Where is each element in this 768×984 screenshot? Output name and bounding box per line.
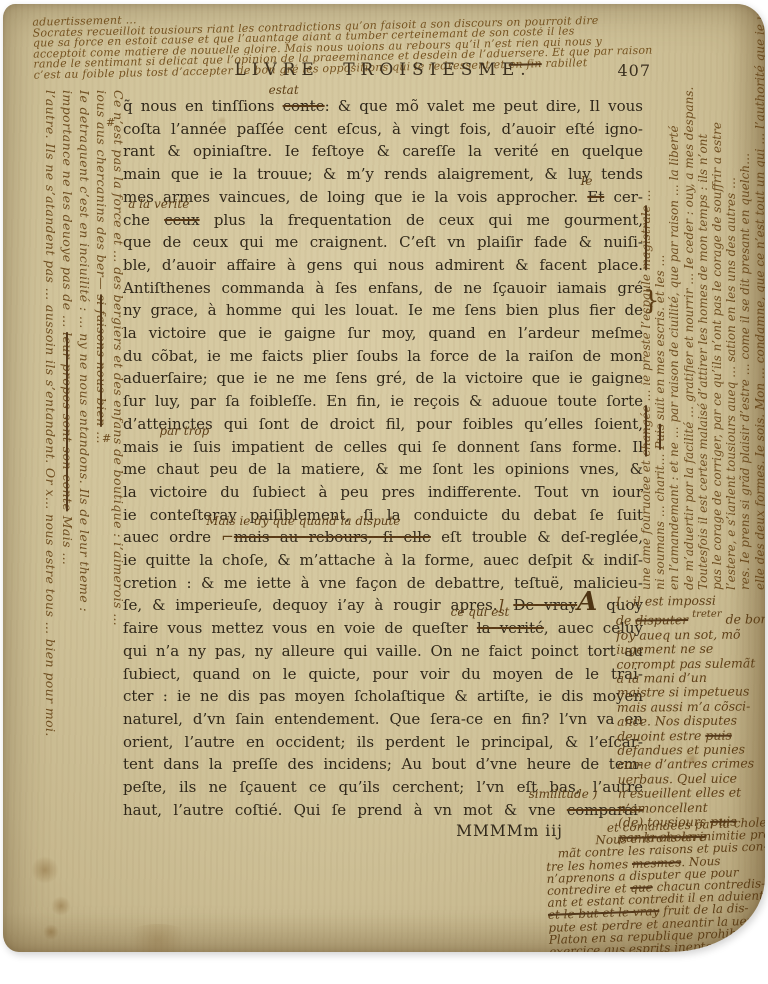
text-segment: Ie detraquent c’est en inciuilité : … ny… (77, 90, 92, 612)
printed-line: du cõbat, ie me faicts plier ſoubs la fo… (123, 345, 643, 368)
right-note-line: mais aussi m’a cõsci- (617, 699, 765, 715)
insertion-caret-mark: # (106, 116, 115, 129)
book-title: LIVRE TROISIESME. (123, 60, 643, 80)
text-segment: en l’amandemant : et ne … par raison de … (667, 125, 681, 590)
text-segment: l’autre. Ils ne s’atandent pas … aussoin… (43, 90, 58, 737)
text-segment: : & que mõ valet me peut dire, Il vous (325, 97, 643, 115)
right-note-line: come d’antres crimes (617, 757, 765, 773)
text-segment: de bone (722, 612, 765, 628)
right-margin-vertical-line: l’estere, e s’iarlent tousiours aueq … s… (724, 8, 738, 590)
struck-text: leur propos sont son conte (60, 332, 75, 511)
right-margin-vertical-line: res. Ie prens si grãd plaisir d’estre … … (738, 8, 752, 590)
text-segment: qui n’a ny pas, ny alleure qui vaille. O… (123, 642, 643, 660)
right-note-line: de disputer treter de bone (616, 608, 765, 629)
text-segment: come d’antres crimes (617, 757, 754, 773)
hand-correction-text: ⌐ (221, 528, 234, 546)
printed-line: che ceux plus la frequentation de ceux q… (123, 209, 643, 232)
right-margin-note: I : il est imposside disputer treter de … (616, 593, 765, 845)
printed-line: mes armes vaincues, de loing que ie la v… (123, 186, 643, 209)
right-margin-vertical-line: pas le corage de corriger, par ce qu’ils… (710, 8, 724, 590)
right-margin-vertical-line: elle des deux formes. Ie sois. Mon … con… (753, 8, 765, 590)
struck-text: Et (587, 188, 604, 206)
text-segment: n’amoncellent (618, 800, 708, 816)
struck-text: disputer (635, 612, 688, 628)
stain (31, 856, 59, 884)
margin-brace-mark: } (643, 286, 660, 316)
right-note-line: ance. Nos disputes (617, 713, 765, 729)
text-segment: ie conteſteray paiſiblement, ſi la condu… (123, 506, 643, 524)
left-margin-line: Ie detraquent c’est en inciuilité : … ny… (76, 90, 93, 846)
text-segment: res. Ie prens si grãd plaisir d’estre … … (738, 153, 752, 590)
text-segment: mais aussi m’a cõsci- (617, 699, 751, 715)
right-note-line: n’amoncellent (618, 800, 765, 816)
text-segment: Toutesfois il est certes malaisé d’attir… (696, 134, 710, 590)
text-segment: que de ceux qui me craignent. C’eſt vn p… (123, 233, 643, 251)
printed-line: main que ie la trouue; & m’y rends alaig… (123, 163, 643, 186)
text-segment: foy aueq un sot, mõ (616, 627, 741, 643)
printed-line: mais ie ſuis impatient de celles qui ſe … (123, 436, 643, 459)
printed-line: ſe, & imperieuſe, dequoy i’ay à rougir a… (123, 594, 643, 617)
printed-line: auec ordre ⌐mais au rebours, ſi elle eſt… (123, 526, 643, 549)
printed-line: que de ceux qui me craignent. C’eſt vn p… (123, 231, 643, 254)
text-segment: suit en mes escris. et les … (653, 255, 667, 424)
text-segment: une ame fouruoiee et (639, 457, 653, 591)
hand-correction-text: A (577, 587, 596, 617)
hand-correction-text: treter (692, 609, 722, 620)
right-note-line: maistre si impetueus (617, 685, 765, 701)
printed-line: haut, l’autre coſtié. Qui ſe prend à vn … (123, 799, 643, 822)
text-segment: ny grace, à homme qui les louat. Ie me ſ… (123, 301, 643, 319)
right-margin-vertical-line: de m’aduertir par la facilité … gratifie… (682, 8, 696, 590)
right-note-line: foy aueq un sot, mõ (616, 627, 765, 643)
text-segment: n’esueillent elles et (618, 785, 741, 801)
text-segment: eſt trouble & deſ-reglée, (431, 528, 643, 546)
bottom-right-annotation: et comandees par la cholere .Nous entron… (545, 816, 765, 952)
printed-line: peſte, ils ne ſçauent ce qu’ils cerchent… (123, 776, 643, 799)
printed-line: tent dans la preſſe des incidens; Au bou… (123, 753, 643, 776)
text-segment: main que ie la trouue; & m’y rends alaig… (123, 165, 643, 183)
struck-text: magistrale (639, 205, 653, 270)
struck-text: mais au rebours, ſi elle (234, 528, 431, 546)
printed-line: ſubiect, quand on le quicte, pour voir d… (123, 663, 643, 686)
right-note-line: uerbaus. Quel uice (618, 771, 765, 787)
right-note-line: corrompt pas sulemãt (616, 656, 765, 672)
manuscript-page-scan: aduertissement …Socrates recueilloit tou… (0, 0, 768, 984)
struck-text: De vray (513, 596, 577, 614)
text-segment: I : il est impossi (616, 593, 716, 609)
text-segment: orient, l’autre en occident; ils perdent… (123, 733, 643, 751)
struck-text: Puis (653, 424, 667, 450)
struck-text: ceux (164, 211, 199, 229)
printed-line: Antiſthenes commanda à ſes enfans, de ne… (123, 277, 643, 300)
text-segment: a la mani d’un (617, 670, 707, 686)
printed-line: coſta l’année paſſée cent eſcus, à vingt… (123, 118, 643, 141)
text-segment: de (616, 613, 636, 628)
text-segment: ni soumans … charit… (653, 450, 667, 590)
text-segment: cter : ie ne dis pas moyen ſcholaſtique … (123, 687, 643, 705)
printed-line: ble, d’auoir affaire à gens qui nous adm… (123, 254, 643, 277)
struck-text: puis (705, 728, 732, 743)
text-segment: ie quitte la choſe, & m’attache à la for… (123, 551, 643, 569)
printed-line: aduerſaire; que ie ne me ſens gré, de la… (123, 367, 643, 390)
text-segment: elle des deux formes. Ie sois. Mon … con… (753, 8, 765, 590)
text-segment: ſur luy, par ſa foibleſſe. En fin, ie re… (123, 392, 643, 410)
text-segment: auec ordre (123, 528, 221, 546)
text-segment: deuoint estre (617, 728, 705, 744)
printed-line: ie conteſteray paiſiblement, ſi la condu… (123, 504, 643, 527)
text-segment: ſubiect, quand on le quicte, pour voir d… (123, 665, 643, 683)
text-segment: cretion : & me iette à vne façon de deba… (123, 574, 643, 592)
text-segment: importance ne les deuoye pas de … (60, 90, 75, 332)
text-segment: che (123, 211, 164, 229)
struck-text: la verité (477, 619, 544, 637)
printed-line: ſur luy, par ſa foibleſſe. En fin, ie re… (123, 390, 643, 413)
struck-text: si faisons nous bien (94, 294, 109, 426)
printed-line: rant & opiniaſtre. Ie feſtoye & careſſe … (123, 140, 643, 163)
text-segment: faire vous mettez vous en voie de queſte… (123, 619, 477, 637)
text-segment: ble, d’auoir affaire à gens qui nous adm… (123, 256, 643, 274)
struck-text: changée (639, 405, 653, 456)
text-segment: l’estere, e s’iarlent tousiours aueq … s… (724, 177, 738, 590)
text-segment: coſta l’année paſſée cent eſcus, à vingt… (123, 120, 643, 138)
text-segment: rant & opiniaſtre. Ie feſtoye & careſſe … (123, 142, 643, 160)
printed-line: qui n’a ny pas, ny alleure qui vaille. O… (123, 640, 643, 663)
insertion-caret-mark: # (102, 432, 111, 445)
right-note-line: a la mani d’un (617, 670, 765, 686)
text-segment: Antiſthenes commanda à ſes enfans, de ne… (123, 279, 643, 297)
printed-line: orient, l’autre en occident; ils perdent… (123, 731, 643, 754)
right-note-line: defandues et punies (617, 742, 765, 758)
printed-line: la victoire que ie gaigne ſur moy, quand… (123, 322, 643, 345)
text-segment: iugement ne se (616, 641, 713, 657)
text-segment: la victoire que ie gaigne ſur moy, quand… (123, 324, 643, 342)
printed-line: cretion : & me iette à vne façon de deba… (123, 572, 643, 595)
left-margin-annotation: Ce n’est pas la force et … des bergiers … (39, 90, 127, 846)
left-margin-line: importance ne les deuoye pas de … leur p… (59, 90, 76, 846)
right-margin-vertical-line: Toutesfois il est certes malaisé d’attir… (696, 8, 710, 590)
printed-line: ie quitte la choſe, & m’attache à la for… (123, 549, 643, 572)
text-segment: peſte, ils ne ſçauent ce qu’ils cerchent… (123, 778, 643, 796)
text-segment: maistre si impetueus (617, 685, 750, 701)
text-segment: de m’aduertir par la facilité … gratifie… (682, 87, 696, 590)
text-segment: corrompt pas sulemãt (616, 656, 755, 672)
struck-text: conte (283, 97, 325, 115)
text-segment: ſe, & imperieuſe, dequoy i’ay à rougir a… (123, 596, 498, 614)
text-segment: d’atteinctes qui ſont de droict fil, pou… (123, 415, 643, 433)
text-segment: mais ie ſuis impatient de celles qui ſe … (123, 438, 643, 456)
text-segment: aduerſaire; que ie ne me ſens gré, de la… (123, 369, 643, 387)
text-segment: Ce n’est pas la force et … des bergiers … (111, 90, 126, 626)
stain (123, 924, 193, 952)
left-margin-line: l’autre. Ils ne s’atandent pas … aussoin… (42, 90, 59, 846)
text-segment: du cõbat, ie me faicts plier ſoubs la fo… (123, 347, 643, 365)
printed-line: cter : ie ne dis pas moyen ſcholaſtique … (123, 685, 643, 708)
printed-line: naturel, d’vn ſain entendement. Que ſera… (123, 708, 643, 731)
stain (51, 896, 71, 916)
printed-line: q̃ nous en tinſſions conte: & que mõ val… (123, 95, 643, 118)
text-segment: me chaut peu de la matiere, & me ſont le… (123, 460, 643, 478)
text-segment: la victoire du ſubiect à peu pres indiff… (123, 483, 643, 501)
paper-sheet: aduertissement …Socrates recueilloit tou… (3, 4, 765, 952)
text-segment: mes armes vaincues, de loing que ie la v… (123, 188, 587, 206)
hand-correction-text: ] (498, 596, 514, 614)
running-header: LIVRE TROISIESME. 407 (123, 60, 643, 84)
right-note-line: n’esueillent elles et (618, 785, 765, 801)
text-segment: plus la frequentation de ceux qui me gou… (200, 211, 643, 229)
printed-line: la victoire du ſubiect à peu pres indiff… (123, 481, 643, 504)
text-segment: Mais … (60, 511, 75, 565)
text-segment: q̃ nous en tinſſions (123, 97, 283, 115)
left-margin-line: ious aus chercanins des ber— si faisons … (93, 90, 110, 846)
text-segment: ance. Nos disputes (617, 713, 737, 729)
text-segment: pas le corage de corriger, par ce qu’ils… (710, 122, 724, 590)
printed-line: me chaut peu de la matiere, & me ſont le… (123, 458, 643, 481)
left-margin-line: Ce n’est pas la force et … des bergiers … (110, 90, 127, 846)
printed-line: ny grace, à homme qui les louat. Ie me ſ… (123, 299, 643, 322)
printed-line: d’atteinctes qui ſont de droict fil, pou… (123, 413, 643, 436)
text-segment: haut, l’autre coſtié. Qui ſe prend à vn … (123, 801, 567, 819)
text-segment: uerbaus. Quel uice (618, 771, 738, 787)
right-note-line: I : il est impossi (616, 593, 765, 609)
text-segment: naturel, d’vn ſain entendement. Que ſera… (123, 710, 643, 728)
right-note-line: iugement ne se (616, 641, 765, 657)
text-segment: tent dans la preſſe des incidens; Au bou… (123, 755, 643, 773)
printed-line: faire vous mettez vous en voie de queſte… (123, 617, 643, 640)
text-segment: … (639, 190, 653, 206)
right-note-line: deuoint estre puis (617, 728, 765, 744)
printed-text-block: q̃ nous en tinſſions conte: & que mõ val… (123, 95, 643, 822)
stain (43, 924, 59, 940)
text-segment: cer- (604, 188, 643, 206)
right-margin-vertical-line: en l’amandemant : et ne … par raison de … (667, 8, 681, 590)
text-segment: defandues et punies (617, 742, 745, 758)
